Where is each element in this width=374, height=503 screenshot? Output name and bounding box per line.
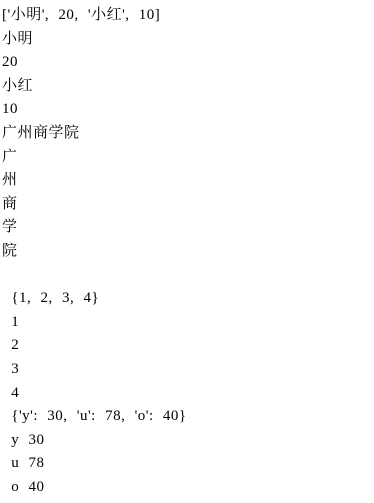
console-line: 小红 <box>2 75 374 99</box>
console-line: 3 <box>2 358 374 382</box>
console-line: {1, 2, 3, 4} <box>2 287 374 311</box>
console-line: 2 <box>2 334 374 358</box>
console-line: y 30 <box>2 429 374 453</box>
console-line: 商 <box>2 193 374 217</box>
console-line: 州 <box>2 169 374 193</box>
console-line: 4 <box>2 382 374 406</box>
console-blank-line <box>2 264 374 288</box>
console-line: o 40 <box>2 476 374 500</box>
console-line: 广 <box>2 146 374 170</box>
console-line: 10 <box>2 98 374 122</box>
console-line: 20 <box>2 51 374 75</box>
console-line: 小明 <box>2 28 374 52</box>
console-line: 广州商学院 <box>2 122 374 146</box>
console-line: 院 <box>2 240 374 264</box>
console-line: 1 <box>2 311 374 335</box>
console-output: ['小明', 20, '小红', 10] 小明 20 小红 10 广州商学院 广… <box>0 0 374 503</box>
console-line: ['小明', 20, '小红', 10] <box>2 4 374 28</box>
console-line: {'y': 30, 'u': 78, 'o': 40} <box>2 405 374 429</box>
console-line: 学 <box>2 216 374 240</box>
console-line: u 78 <box>2 452 374 476</box>
